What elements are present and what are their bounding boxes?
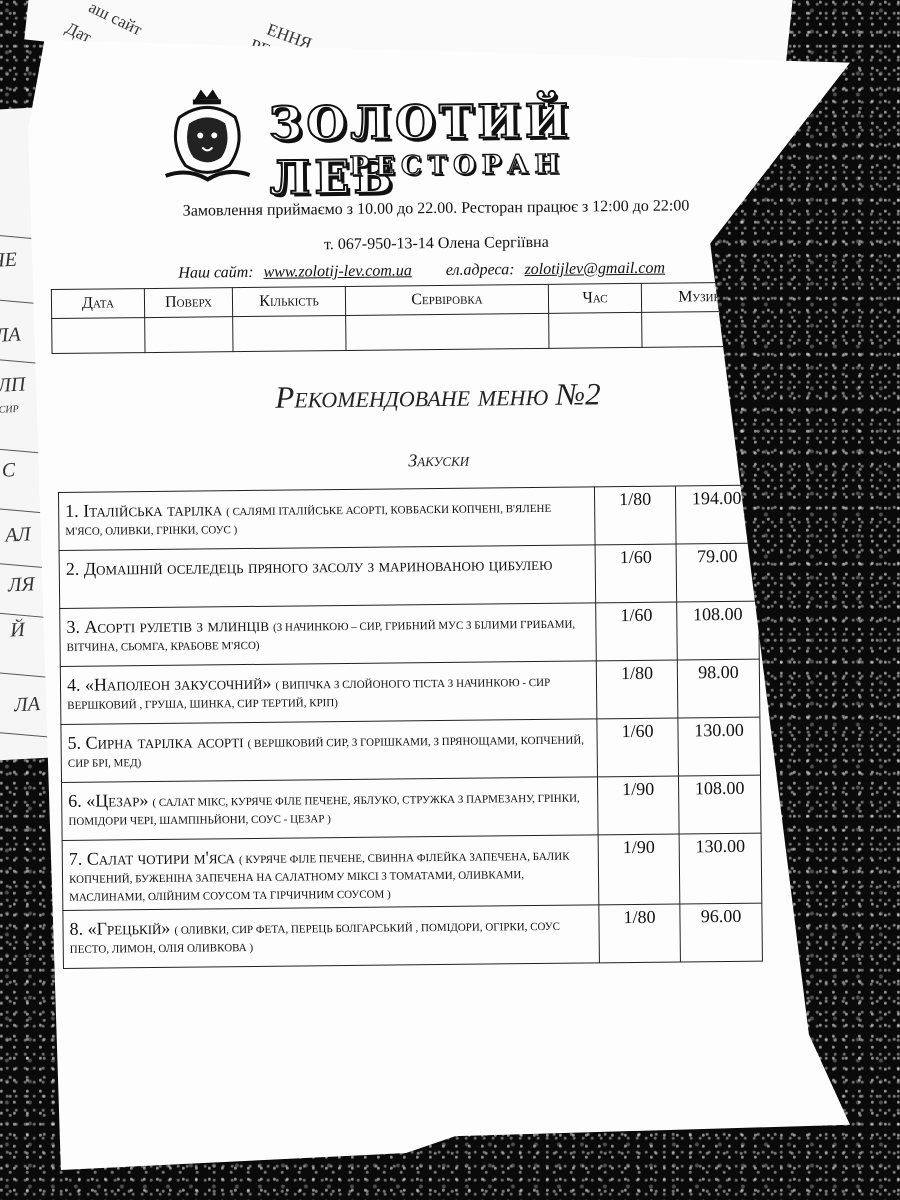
portion: 1/60 (595, 544, 677, 603)
dish-cell: 4. «Наполеон закусочний» ( випічка з сло… (60, 661, 597, 725)
ghost-text: СИР (0, 404, 19, 416)
dish-name: 2. Домашній оселедець пряного засолу з м… (66, 554, 553, 579)
ghost-text: ЛА (0, 324, 21, 348)
ghost-text: Й (10, 619, 26, 643)
working-hours: Замовлення приймаємо з 10.00 до 22.00. Р… (25, 196, 847, 223)
menu-sheet: ЗОЛОТИЙ ЛЕВ РЕСТОРАН Замовлення приймаєм… (28, 40, 850, 1170)
serving-field[interactable] (346, 313, 549, 350)
menu-item-row: 6. «Цезар» ( салат мікс, куряче філе печ… (62, 775, 762, 840)
portion: 1/60 (597, 718, 679, 777)
column-quantity: Кількість (232, 286, 345, 316)
dish-cell: 5. Сирна тарілка асорті ( вершковий сир,… (61, 719, 598, 783)
restaurant-logo: ЗОЛОТИЙ ЛЕВ РЕСТОРАН (159, 82, 680, 197)
ghost-text: АЛ (5, 523, 32, 547)
dish-name: 8. «Грецькій» (69, 918, 170, 939)
dish-name: 4. «Наполеон закусочний» (67, 673, 272, 695)
email-link[interactable]: zolotijlev@gmail.com (524, 260, 665, 278)
column-serving: Сервіровка (345, 284, 548, 315)
dish-name: 6. «Цезар» (68, 790, 148, 811)
price: 96.00 (680, 903, 762, 962)
dish-cell: 8. «Грецькій» ( оливки, сир фета, перець… (63, 905, 600, 969)
site-label: Наш сайт: (178, 264, 253, 282)
price: 98.00 (677, 659, 759, 718)
brand-name: ЗОЛОТИЙ ЛЕВ (269, 92, 680, 204)
menu-item-row: 3. Асорті рулетів з млинців (з начинкою … (60, 601, 760, 666)
dish-name: 7. Салат чотири м'яса (69, 847, 235, 869)
price: 79.00 (676, 543, 758, 602)
dish-cell: 2. Домашній оселедець пряного засолу з м… (59, 545, 596, 609)
menu-item-row: 8. «Грецькій» ( оливки, сир фета, перець… (63, 903, 763, 968)
column-time: Час (548, 283, 641, 313)
price: 108.00 (679, 775, 761, 834)
order-details-table: Дата Поверх Кількість Сервіровка Час Муз… (51, 282, 767, 354)
menu-item-row: 4. «Наполеон закусочний» ( випічка з сло… (60, 659, 760, 724)
ghost-text: ЛЯ (7, 573, 35, 597)
ghost-text: ЛП (0, 373, 26, 397)
portion: 1/80 (596, 660, 678, 719)
time-field[interactable] (549, 312, 642, 348)
menu-title: Рекомендоване меню №2 (27, 374, 849, 419)
date-field[interactable] (52, 318, 145, 354)
price: 108.00 (677, 601, 759, 660)
dish-cell: 7. Салат чотири м'яса ( куряче філе пече… (62, 835, 599, 911)
quantity-field[interactable] (233, 315, 346, 351)
menu-table: 1. Італійська тарілка ( салямі італійськ… (58, 485, 763, 969)
site-link[interactable]: www.zolotij-lev.com.ua (263, 262, 411, 281)
portion: 1/60 (596, 602, 678, 661)
menu-item-row: 5. Сирна тарілка асорті ( вершковий сир,… (61, 717, 761, 782)
dish-name: 3. Асорті рулетів з млинців (66, 615, 269, 637)
brand-subtitle: РЕСТОРАН (349, 150, 565, 182)
floor-field[interactable] (145, 317, 233, 353)
dish-cell: 1. Італійська тарілка ( салямі італійськ… (58, 487, 595, 551)
section-title: Закуски (28, 446, 850, 476)
crowned-lion-icon (159, 87, 256, 188)
portion: 1/90 (598, 776, 680, 835)
portion: 1/90 (598, 834, 680, 905)
portion: 1/80 (599, 904, 681, 963)
ghost-text: ЛА (14, 693, 41, 717)
dish-name: 1. Італійська тарілка (65, 499, 222, 521)
menu-item-row: 7. Салат чотири м'яса ( куряче філе пече… (62, 833, 762, 910)
ghost-text: ЧЕ (0, 249, 17, 273)
column-floor: Поверх (144, 288, 232, 318)
price: 130.00 (678, 717, 760, 776)
column-date: Дата (51, 289, 144, 319)
menu-item-row: 1. Італійська тарілка ( салямі італійськ… (58, 485, 758, 550)
portion: 1/80 (595, 486, 677, 545)
email-label: ел.адреса: (446, 261, 515, 279)
ghost-text: аш сайт (85, 0, 145, 40)
dish-cell: 3. Асорті рулетів з млинців (з начинкою … (60, 603, 597, 667)
price: 130.00 (679, 833, 762, 904)
menu-item-row: 2. Домашній оселедець пряного засолу з м… (59, 543, 759, 608)
dish-name: 5. Сирна тарілка асорті (68, 731, 244, 753)
ghost-text: С (1, 459, 16, 483)
dish-cell: 6. «Цезар» ( салат мікс, куряче філе печ… (62, 777, 599, 841)
